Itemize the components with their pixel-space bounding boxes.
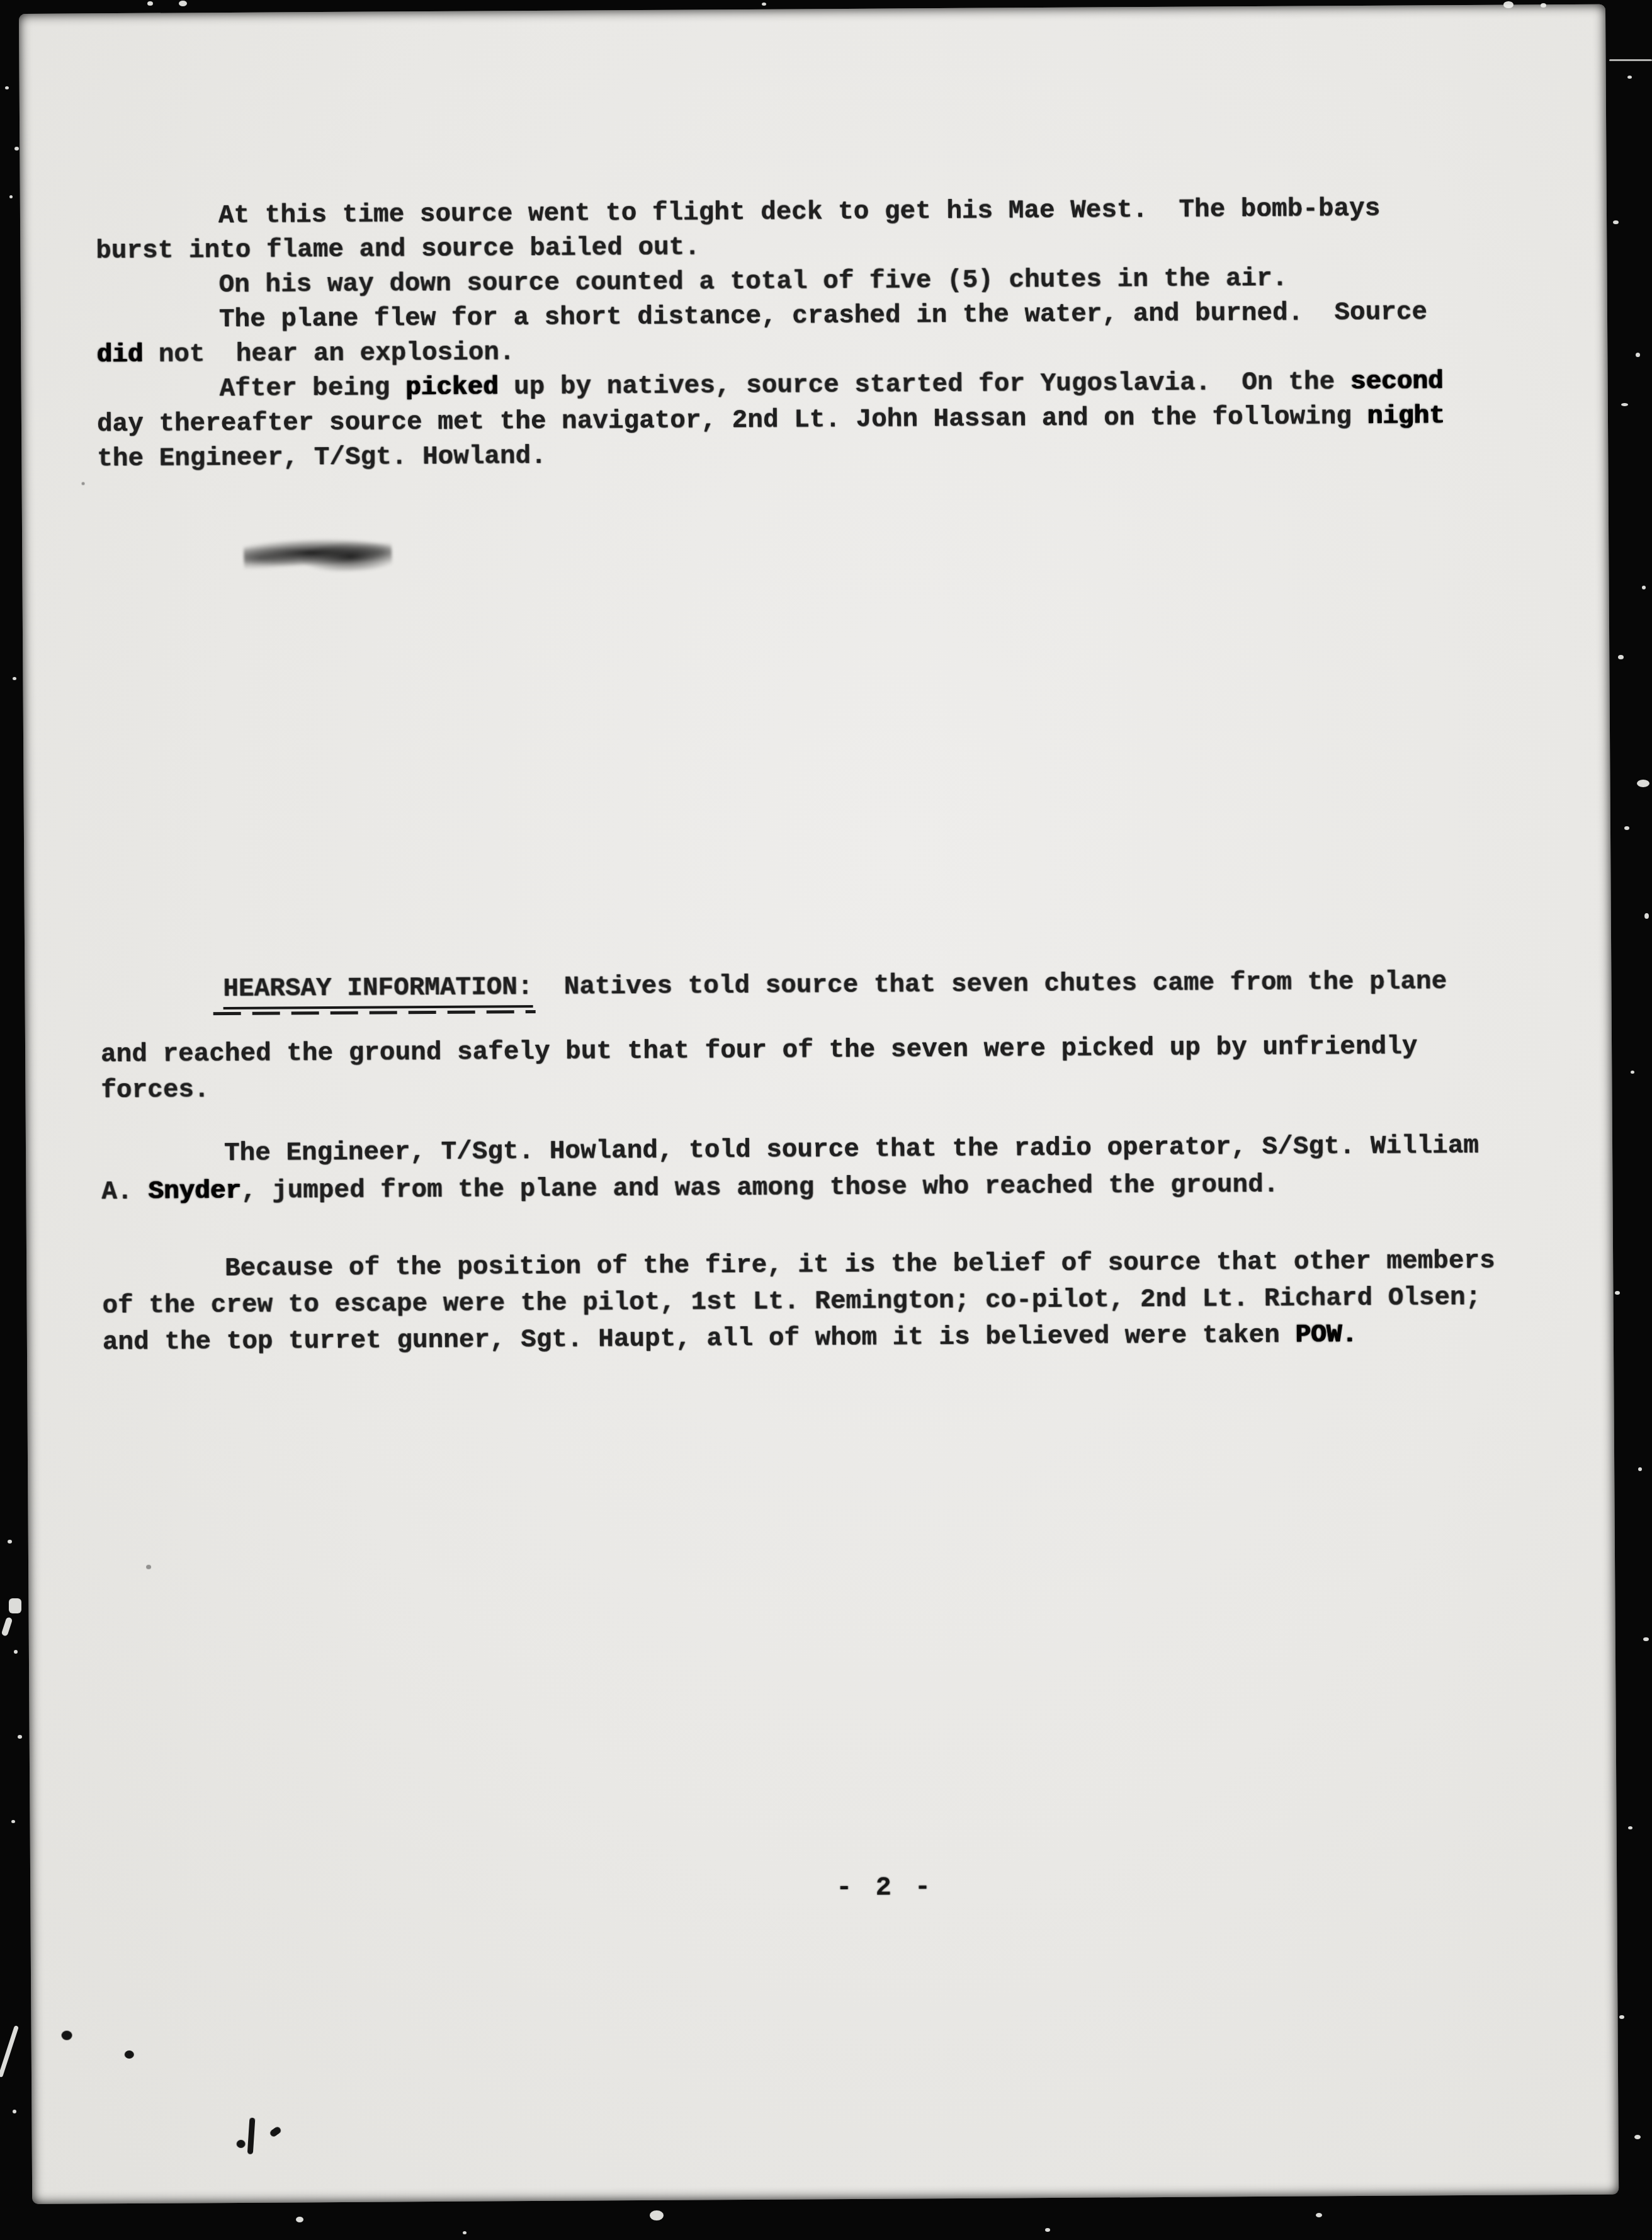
typed-text: burst into flame and source bailed out. xyxy=(96,233,700,266)
ink-speck xyxy=(82,482,85,485)
scan-speck xyxy=(1624,826,1629,830)
typed-text xyxy=(533,973,563,1002)
typed-text: did xyxy=(96,341,143,370)
typed-text: On his way down source counted a total o… xyxy=(218,264,1287,300)
scan-speck xyxy=(14,1650,18,1654)
typed-text: Natives told source that seven chutes ca… xyxy=(564,967,1447,1002)
typed-text: second xyxy=(1350,367,1444,397)
scan-speck xyxy=(179,1,187,6)
typed-text: picked xyxy=(405,373,499,402)
typed-text: , jumped from the plane and was among th… xyxy=(241,1171,1279,1206)
scan-speck xyxy=(1618,655,1624,659)
scanned-page-photo: At this time source went to flight deck … xyxy=(0,0,1652,2240)
scan-speck xyxy=(147,1,153,6)
scan-speck xyxy=(1621,403,1628,406)
scan-speck xyxy=(1,1617,13,1637)
scan-speck xyxy=(1643,1637,1649,1641)
ink-speck xyxy=(247,2118,256,2154)
section-heading: HEARSAY INFORMATION: xyxy=(223,973,533,1009)
scan-speck xyxy=(9,1598,21,1613)
typed-text: Because of the position of the fire, it … xyxy=(225,1247,1495,1283)
typed-text: At this time source went to flight deck … xyxy=(218,195,1381,230)
page-number: - 2 - xyxy=(836,1872,934,1903)
scan-speck xyxy=(1609,59,1652,61)
scan-speck xyxy=(14,147,19,151)
ink-speck xyxy=(146,1565,151,1569)
ink-speck xyxy=(269,2125,282,2137)
scan-speck xyxy=(1045,2228,1050,2232)
typed-text: Snyder xyxy=(148,1177,241,1207)
scan-speck xyxy=(1628,1826,1632,1829)
typed-text: of the crew to escape were the pilot, 1s… xyxy=(102,1283,1481,1321)
typed-line: A. Snyder, jumped from the plane and was… xyxy=(101,1164,1568,1211)
scan-speck xyxy=(1613,220,1619,224)
scan-speck xyxy=(9,195,13,198)
scan-speck xyxy=(13,2110,16,2113)
scan-speck xyxy=(1642,586,1646,589)
scan-speck xyxy=(11,1820,15,1823)
scan-speck xyxy=(5,86,9,89)
scan-speck xyxy=(650,2210,664,2220)
scan-scratch xyxy=(0,2025,19,2078)
scan-speck xyxy=(1637,780,1649,787)
typed-text: The plane flew for a short distance, cra… xyxy=(219,298,1427,334)
typed-text: night xyxy=(1367,402,1444,431)
ink-speck xyxy=(62,2031,72,2040)
scan-speck xyxy=(13,677,16,680)
scan-speck xyxy=(1503,1,1513,8)
ink-speck xyxy=(237,2140,246,2148)
typed-text: forces. xyxy=(101,1076,210,1105)
paragraph-block-hearsay: HEARSAY INFORMATION: Natives told source… xyxy=(100,964,1568,1109)
scan-speck xyxy=(1631,1071,1634,1074)
paragraph-block-engineer: The Engineer, T/Sgt. Howland, told sourc… xyxy=(101,1127,1569,1211)
ink-smudge xyxy=(243,533,392,575)
typed-text: A. xyxy=(101,1178,148,1207)
scan-speck xyxy=(1316,2213,1322,2217)
scan-speck xyxy=(463,2231,467,2234)
typed-text: the Engineer, T/Sgt. Howland. xyxy=(97,442,546,474)
paragraph-block-narrative: At this time source went to flight deck … xyxy=(96,191,1564,477)
scan-speck xyxy=(1644,913,1649,919)
ink-speck xyxy=(125,2050,134,2059)
typed-text: The Engineer, T/Sgt. Howland, told sourc… xyxy=(224,1132,1479,1168)
scan-speck xyxy=(1541,3,1546,8)
scan-speck xyxy=(762,3,766,6)
scan-speck xyxy=(1636,353,1640,357)
document-page: At this time source went to flight deck … xyxy=(19,4,1619,2204)
typed-text: and the top turret gunner, Sgt. Haupt, a… xyxy=(103,1321,1296,1358)
scan-speck xyxy=(8,1540,12,1544)
scan-speck xyxy=(1615,1291,1620,1295)
typed-text: After being xyxy=(220,373,406,404)
typed-text: day thereafter source met the navigator,… xyxy=(97,402,1367,439)
scan-speck xyxy=(18,1735,22,1739)
scan-speck xyxy=(1638,1467,1642,1471)
typed-text: not hear an explosion. xyxy=(143,338,515,370)
typed-text: up by natives, source started for Yugosl… xyxy=(498,368,1350,402)
scan-speck xyxy=(296,2217,303,2222)
typed-text: POW. xyxy=(1295,1321,1357,1350)
scan-speck xyxy=(1619,2015,1624,2019)
typed-line: HEARSAY INFORMATION: Natives told source… xyxy=(100,964,1567,1008)
typed-text: and reached the ground safely but that f… xyxy=(101,1032,1418,1069)
paragraph-block-belief: Because of the position of the fire, it … xyxy=(102,1242,1570,1361)
scan-speck xyxy=(1627,76,1632,79)
scan-speck xyxy=(1634,2135,1641,2139)
